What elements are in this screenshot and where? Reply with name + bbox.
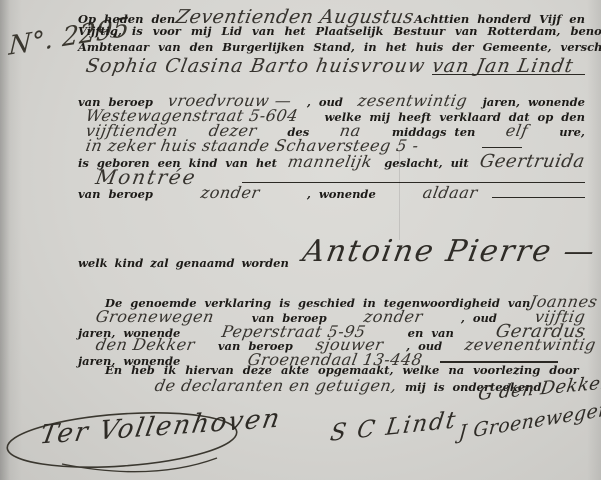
scan-crease: [399, 150, 400, 240]
printed-vijftig-bestuur: Vijftig, is voor mij Lid van het Plaatse…: [78, 24, 601, 38]
blank-rule: [492, 197, 585, 198]
handwritten-mother-first: Geertruida: [478, 151, 586, 172]
closing-line-1: En heb ik hiervan deze akte opgemaakt, w…: [105, 363, 579, 377]
printed-en-heb-ik: En heb ik hiervan deze akte opgemaakt, w…: [105, 363, 579, 377]
handwritten-aldaar: aldaar: [422, 183, 480, 202]
child-name-line: welk kind zal genaamd worden Antoine Pie…: [78, 240, 585, 275]
dash-rule: [482, 147, 522, 148]
handwritten-declaranten: de declaranten en getuigen,: [153, 376, 398, 395]
blank-rule: [432, 74, 585, 75]
printed-ambtenaar: Ambtenaar van den Burgerlijken Stand, in…: [78, 40, 601, 54]
handwritten-child-name: Antoine Pierre —: [300, 234, 599, 269]
intro-line-2: Vijftig, is voor mij Lid van het Plaatse…: [78, 24, 601, 38]
handwritten-hour: elf: [505, 121, 530, 140]
printed-ure: ure,: [559, 125, 585, 139]
mother-occupation-line: van beroep zonder , wonende aldaar: [78, 183, 478, 202]
birth-certificate-scan: N°. 2295 Op heden den Zeventienden Augus…: [0, 0, 601, 480]
printed-welk-kind: welk kind zal genaamd worden: [78, 256, 289, 270]
handwritten-witness2-age: zevenentwintig: [463, 335, 597, 354]
printed-wonende-2: , wonende: [307, 187, 376, 201]
signature-declarant: S C Lindt: [328, 407, 458, 447]
intro-line-3: Ambtenaar van den Burgerlijken Stand, in…: [78, 40, 601, 54]
handwritten-gender: mannelijk: [287, 152, 375, 171]
handwritten-mother-occupation: zonder: [199, 183, 261, 202]
printed-geslacht-uit: geslacht, uit: [384, 156, 468, 170]
printed-van-beroep-2: van beroep: [78, 187, 153, 201]
